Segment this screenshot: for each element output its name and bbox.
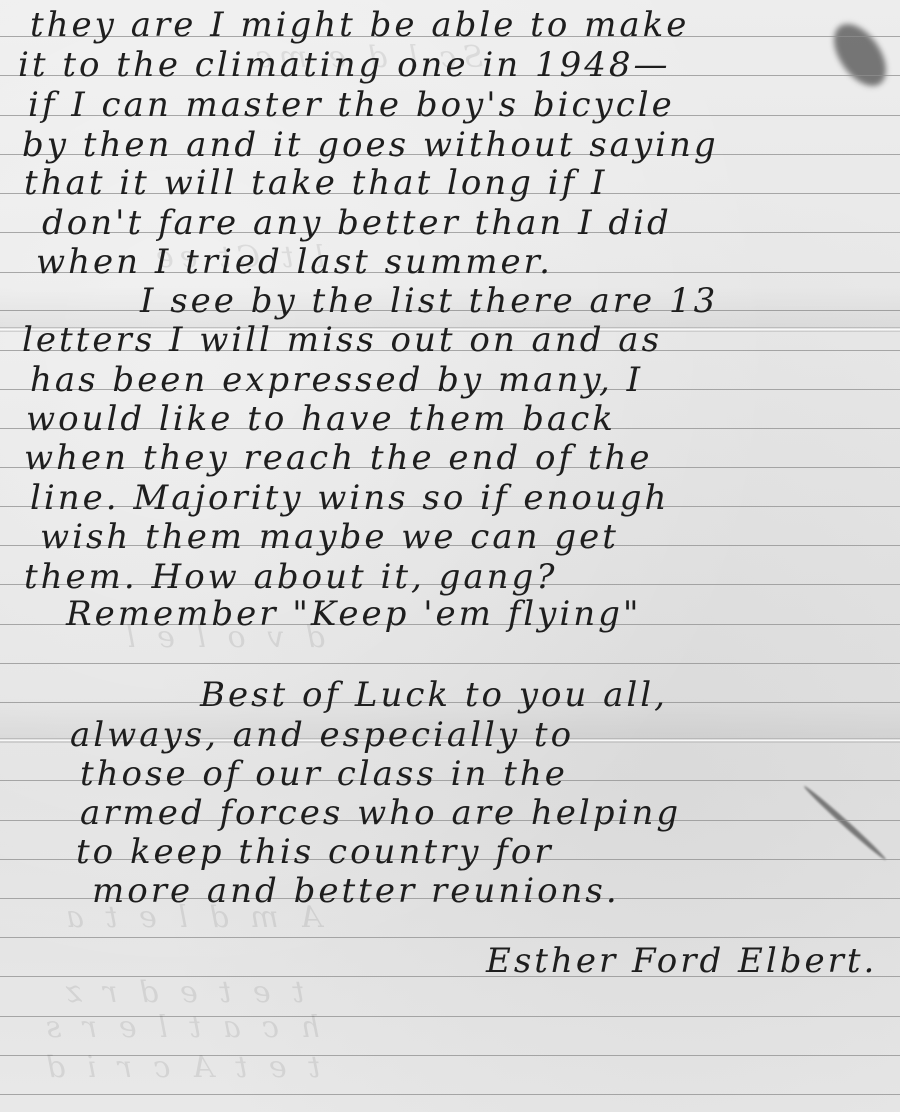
- ruled-line: [0, 663, 900, 664]
- handwritten-line: if I can master the boy's bicycle: [28, 88, 675, 122]
- ink-smudge: [824, 15, 897, 95]
- handwritten-line: armed forces who are helping: [80, 796, 681, 830]
- handwritten-line: those of our class in the: [80, 757, 568, 791]
- handwritten-line: Remember "Keep 'em flying": [66, 597, 642, 631]
- handwritten-line: letters I will miss out on and as: [22, 323, 662, 357]
- handwritten-line: Best of Luck to you all,: [200, 678, 668, 712]
- handwritten-line: more and better reunions.: [92, 874, 620, 908]
- handwritten-line: would like to have them back: [26, 402, 616, 436]
- signature: Esther Ford Elbert.: [486, 944, 877, 978]
- handwritten-line: always, and especially to: [70, 718, 574, 752]
- handwritten-line: don't fare any better than I did: [42, 206, 672, 240]
- bleed-through-line: t e t e d r z: [60, 975, 304, 1010]
- letter-page: Sc l d e mcl t Ct eed v o l e lA m d l e…: [0, 0, 900, 1112]
- handwritten-line: to keep this country for: [76, 835, 554, 869]
- bleed-through-line: h c a t l e r s: [40, 1010, 320, 1045]
- handwritten-line: line. Majority wins so if enough: [30, 481, 669, 515]
- handwritten-line: when they reach the end of the: [24, 441, 653, 475]
- handwritten-line: wish them maybe we can get: [40, 520, 619, 554]
- pencil-mark: [802, 784, 888, 862]
- ruled-line: [0, 937, 900, 938]
- handwritten-line: I see by the list there are 13: [140, 284, 718, 318]
- handwritten-line: it to the climating one in 1948—: [18, 48, 670, 82]
- handwritten-line: by then and it goes without saying: [22, 128, 719, 162]
- handwritten-line: when I tried last summer.: [36, 245, 553, 279]
- handwritten-line: they are I might be able to make: [30, 8, 689, 42]
- ruled-line: [0, 1094, 900, 1095]
- handwritten-line: them. How about it, gang?: [24, 560, 558, 594]
- handwritten-line: that it will take that long if I: [24, 166, 607, 200]
- handwritten-line: has been expressed by many, I: [30, 363, 643, 397]
- bleed-through-line: t e t A c r i d: [40, 1050, 320, 1085]
